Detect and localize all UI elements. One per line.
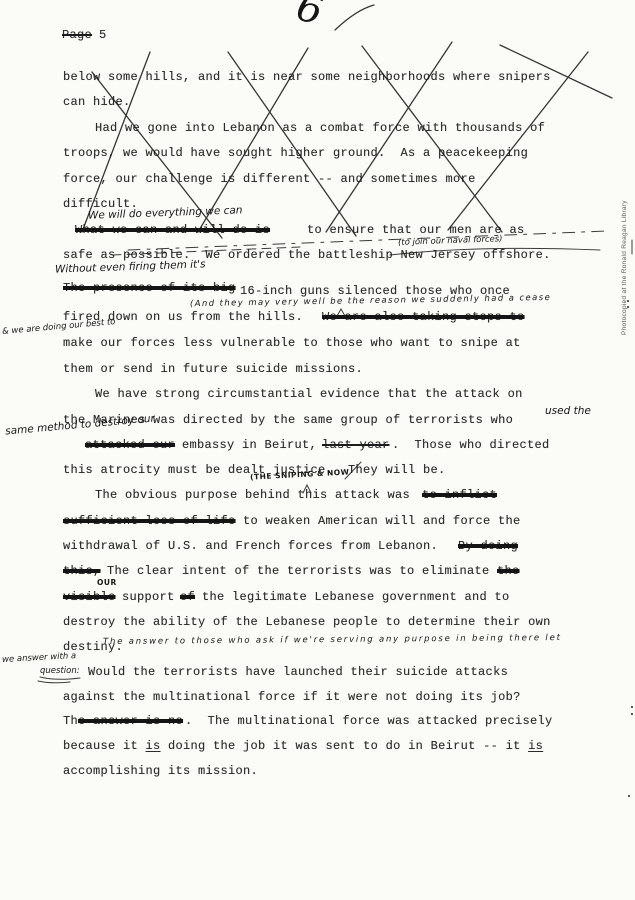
typed-line-18: to weaken American will and force the	[243, 514, 521, 528]
hand-note-answer-to-those: The answer to those who ask if we're ser…	[103, 633, 562, 648]
struck-this: this,	[63, 564, 101, 578]
typed-line-12: them or send in future suicide missions.	[63, 362, 363, 376]
typed-line-27: because it is doing the job it was sent …	[63, 739, 543, 753]
typed-line-21a: support	[122, 590, 175, 604]
struck-what-we-can: What we can and will do is	[75, 223, 270, 237]
typed-line-21b: the legitimate Lebanese government and t…	[202, 590, 510, 604]
typed-line-25: against the multinational force if it we…	[63, 690, 521, 704]
typed-line-27a: because it	[63, 739, 146, 753]
underlined-is-1: is	[146, 739, 161, 753]
struck-visible: visible	[63, 590, 116, 604]
hand-note-join-naval-forces: (to join our naval forces)	[398, 234, 503, 249]
struck-by-doing: By doing	[458, 539, 518, 553]
struck-to-inflict: to inflict	[422, 488, 497, 502]
hand-page-number: 6	[296, 1, 323, 18]
struck-the: the	[497, 564, 520, 578]
page-number-typed: 5	[99, 28, 107, 42]
typed-line-15b: . Those who directed	[392, 438, 550, 452]
struck-last-year: last year	[322, 438, 390, 452]
typed-line-13: We have strong circumstantial evidence t…	[95, 387, 523, 401]
typed-line-28: accomplishing its mission.	[63, 764, 258, 778]
underlined-is-2: is	[528, 739, 543, 753]
hand-note-without-firing: Without even firing them it's	[55, 259, 206, 275]
typed-line-24: Would the terrorists have launched their…	[88, 665, 508, 679]
typed-line-05: force, our challenge is different -- and…	[63, 172, 476, 186]
struck-taking-steps: We are also taking steps to	[322, 310, 525, 324]
struck-answer-is-no: e answer is no	[78, 714, 183, 728]
typed-line-11: make our forces less vulnerable to those…	[63, 336, 521, 350]
typed-line-26a: Th	[63, 714, 78, 728]
scanned-speech-draft-page: Page 5 6 Photocopied at the Ronald Reaga…	[0, 0, 635, 900]
struck-sufficient-loss: sufficient loss of life	[63, 514, 236, 528]
typed-line-19: withdrawal of U.S. and French forces fro…	[63, 539, 438, 553]
hand-note-used-the: used the	[545, 406, 591, 417]
struck-attacked-our: attacked our	[85, 438, 175, 452]
typed-line-26b: . The multinational force was attacked p…	[185, 714, 553, 728]
typed-line-03: Had we gone into Lebanon as a combat for…	[95, 121, 545, 135]
typed-line-04: troops, we would have sought higher grou…	[63, 146, 528, 160]
hand-note-our: OUR	[97, 577, 117, 588]
hand-note-doing-our-best: & we are doing our best to	[2, 317, 116, 338]
typed-line-15a: embassy in Beirut,	[182, 438, 317, 452]
typed-line-17: The obvious purpose behind this attack w…	[95, 488, 418, 502]
reagan-library-stamp: Photocopied at the Ronald Reagan Library	[621, 200, 628, 335]
typed-line-01: below some hills, and it is near some ne…	[63, 70, 551, 84]
struck-of: of	[180, 590, 195, 604]
typed-line-02: can hide.	[63, 95, 131, 109]
struck-the-presence: The presence of its big	[63, 281, 236, 295]
typed-line-22: destroy the ability of the Lebanese peop…	[63, 615, 551, 629]
hand-note-question: question:	[40, 666, 80, 677]
page-word-struck: Page	[62, 28, 92, 42]
hand-note-we-answer: we answer with a	[2, 651, 77, 666]
typed-line-20: The clear intent of the terrorists was t…	[107, 564, 490, 578]
typed-line-27b: doing the job it was sent to do in Beiru…	[161, 739, 529, 753]
